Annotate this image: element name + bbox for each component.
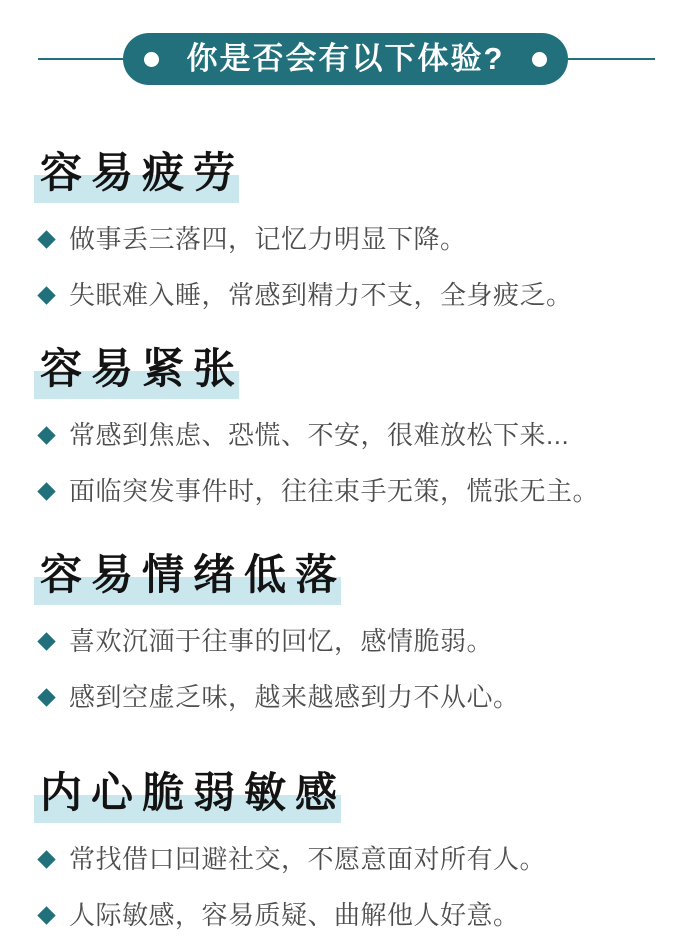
bullet-item: 失眠难入睡，常感到精力不支，全身疲乏。 bbox=[40, 277, 690, 313]
bullet-text: 感到空虚乏味，越来越感到力不从心。 bbox=[69, 679, 520, 715]
title-pill: 你是否会有以下体验? bbox=[123, 33, 568, 85]
bullet-text: 人际敏感，容易质疑、曲解他人好意。 bbox=[69, 897, 520, 933]
section-heading: 容易紧张 bbox=[40, 345, 244, 393]
bullet-list: 喜欢沉湎于往事的回忆，感情脆弱。 感到空虚乏味，越来越感到力不从心。 bbox=[40, 623, 690, 715]
section-heading: 容易疲劳 bbox=[40, 149, 244, 197]
left-divider-line bbox=[38, 58, 123, 60]
bullet-text: 失眠难入睡，常感到精力不支，全身疲乏。 bbox=[69, 277, 573, 313]
diamond-bullet-icon bbox=[37, 688, 55, 706]
section-nervous: 容易紧张 常感到焦虑、恐慌、不安，很难放松下来... 面临突发事件时，往往束手无… bbox=[40, 345, 690, 509]
section-heading: 内心脆弱敏感 bbox=[40, 769, 346, 817]
bullet-text: 做事丢三落四，记忆力明显下降。 bbox=[69, 221, 467, 257]
section-heading-label: 容易紧张 bbox=[40, 345, 244, 392]
bullet-text: 常找借口回避社交，不愿意面对所有人。 bbox=[69, 841, 546, 877]
bullet-item: 喜欢沉湎于往事的回忆，感情脆弱。 bbox=[40, 623, 690, 659]
right-divider-line bbox=[568, 58, 655, 60]
section-fatigue: 容易疲劳 做事丢三落四，记忆力明显下降。 失眠难入睡，常感到精力不支，全身疲乏。 bbox=[40, 149, 690, 313]
header-banner: 你是否会有以下体验? bbox=[0, 33, 690, 85]
section-fragile-sensitive: 内心脆弱敏感 常找借口回避社交，不愿意面对所有人。 人际敏感，容易质疑、曲解他人… bbox=[40, 769, 690, 933]
diamond-bullet-icon bbox=[37, 426, 55, 444]
section-heading-label: 内心脆弱敏感 bbox=[40, 769, 346, 816]
bullet-item: 常感到焦虑、恐慌、不安，很难放松下来... bbox=[40, 417, 690, 453]
bullet-list: 常找借口回避社交，不愿意面对所有人。 人际敏感，容易质疑、曲解他人好意。 bbox=[40, 841, 690, 933]
page-title: 你是否会有以下体验? bbox=[187, 33, 505, 85]
diamond-bullet-icon bbox=[37, 906, 55, 924]
diamond-bullet-icon bbox=[37, 632, 55, 650]
right-dot-icon bbox=[532, 52, 547, 67]
section-heading-label: 容易疲劳 bbox=[40, 149, 244, 196]
diamond-bullet-icon bbox=[37, 482, 55, 500]
bullet-item: 做事丢三落四，记忆力明显下降。 bbox=[40, 221, 690, 257]
bullet-text: 常感到焦虑、恐慌、不安，很难放松下来... bbox=[69, 417, 569, 453]
diamond-bullet-icon bbox=[37, 286, 55, 304]
bullet-item: 感到空虚乏味，越来越感到力不从心。 bbox=[40, 679, 690, 715]
section-heading-label: 容易情绪低落 bbox=[40, 551, 346, 598]
bullet-list: 做事丢三落四，记忆力明显下降。 失眠难入睡，常感到精力不支，全身疲乏。 bbox=[40, 221, 690, 313]
section-low-mood: 容易情绪低落 喜欢沉湎于往事的回忆，感情脆弱。 感到空虚乏味，越来越感到力不从心… bbox=[40, 551, 690, 715]
infographic-page: 你是否会有以下体验? 容易疲劳 做事丢三落四，记忆力明显下降。 失眠难入睡，常感… bbox=[0, 0, 690, 950]
bullet-item: 面临突发事件时，往往束手无策，慌张无主。 bbox=[40, 473, 690, 509]
section-heading: 容易情绪低落 bbox=[40, 551, 346, 599]
diamond-bullet-icon bbox=[37, 230, 55, 248]
bullet-item: 人际敏感，容易质疑、曲解他人好意。 bbox=[40, 897, 690, 933]
content-area: 容易疲劳 做事丢三落四，记忆力明显下降。 失眠难入睡，常感到精力不支，全身疲乏。… bbox=[0, 149, 690, 933]
bullet-item: 常找借口回避社交，不愿意面对所有人。 bbox=[40, 841, 690, 877]
diamond-bullet-icon bbox=[37, 850, 55, 868]
bullet-list: 常感到焦虑、恐慌、不安，很难放松下来... 面临突发事件时，往往束手无策，慌张无… bbox=[40, 417, 690, 509]
left-dot-icon bbox=[144, 52, 159, 67]
bullet-text: 喜欢沉湎于往事的回忆，感情脆弱。 bbox=[69, 623, 493, 659]
bullet-text: 面临突发事件时，往往束手无策，慌张无主。 bbox=[69, 473, 599, 509]
